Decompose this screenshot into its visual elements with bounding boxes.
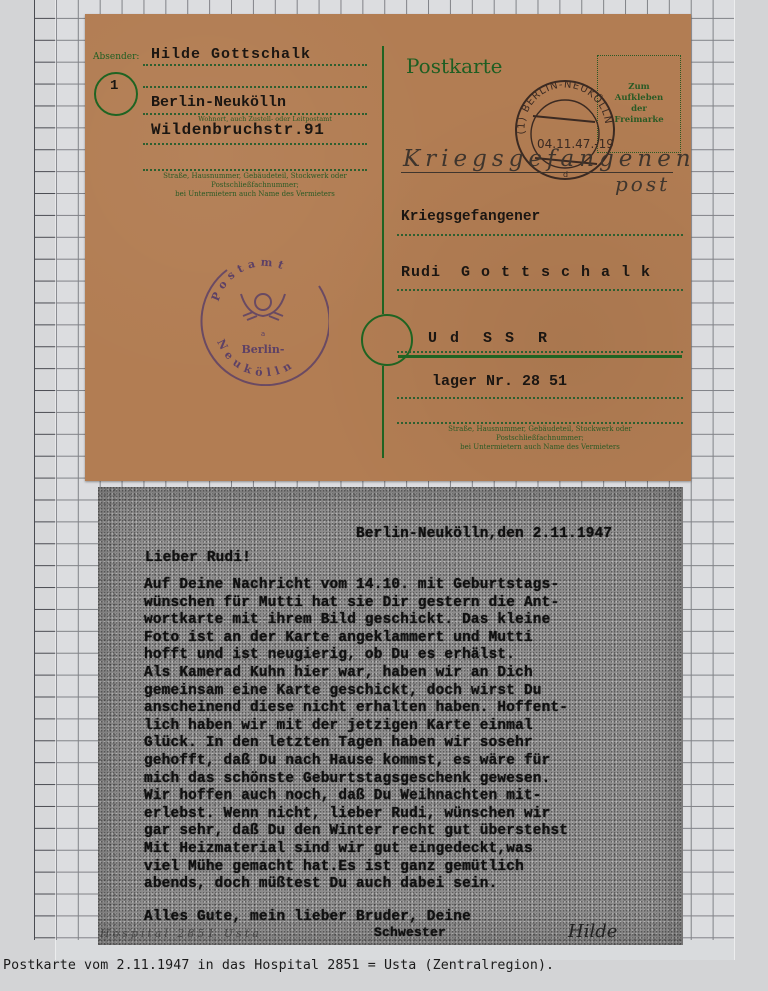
letter-line: Mit Heizmaterial sind wir gut eingedeckt… [144,841,568,859]
sender-city: Berlin-Neukölln [151,94,286,111]
letter-line: hofft und ist neugierig, ob Du es erhäls… [144,647,568,665]
letter-line: gemeinsam eine Karte geschickt, doch wir… [144,683,568,701]
recipient-line-3: U d S S R [428,330,549,347]
street-hint-line [143,169,367,171]
office-stamp-top-text: Postamt [209,256,290,304]
letter-photocopy: Berlin-Neukölln,den 2.11.1947 Lieber Rud… [98,487,683,945]
center-divider-circle [361,314,413,366]
letter-line: gar sehr, daß Du den Winter recht gut üb… [144,823,568,841]
city-line-top [143,86,367,88]
postcard: Absender: Hilde Gottschalk 1 Berlin-Neuk… [85,14,691,481]
recipient-line-3-rule [397,351,683,353]
posthorn-icon [241,294,285,320]
letter-line: Glück. In den letzten Tagen haben wir so… [144,735,568,753]
letter-line: Foto ist an der Karte angeklammert und M… [144,630,568,648]
country-underline [398,355,682,358]
letter-line: wünschen für Mutti hat sie Dir gestern d… [144,595,568,613]
street-line [143,143,367,145]
album-caption: Postkarte vom 2.11.1947 in das Hospital … [3,958,554,973]
recipient-line-1: Kriegsgefangener [401,209,540,225]
recipient-line-2: Rudi G o t t s c h a l k [401,264,651,281]
letter-line: mich das schönste Geburtstagsgeschenk ge… [144,771,568,789]
letter-line: Auf Deine Nachricht vom 14.10. mit Gebur… [144,577,568,595]
letter-line: Wir hoffen auch noch, daß Du Weihnachten… [144,788,568,806]
letter-line: gehofft, daß Du nach Hause kommst, es wä… [144,753,568,771]
recipient-address-hint: Straße, Hausnummer, Gebäudeteil, Stockwe… [397,425,683,452]
recipient-line-1-rule [397,234,683,236]
letter-closing: Alles Gute, mein lieber Bruder, Deine [144,909,471,925]
office-stamp-middle-text: Berlin- [241,343,284,356]
svg-text:(1) BERLIN-NEUKÖLLN: (1) BERLIN-NEUKÖLLN [516,79,613,134]
letter-line: lich haben wir mit der jetzigen Karte ei… [144,718,568,736]
svg-text:Postamt: Postamt [209,256,290,304]
postal-zone-number: 1 [110,78,118,94]
office-stamp: Postamt a Berlin- Neukölln [197,246,329,386]
postkarte-title: Postkarte [406,54,502,78]
recipient-line-2-rule [397,289,683,291]
letter-salutation: Lieber Rudi! [145,550,251,566]
letter-body: Auf Deine Nachricht vom 14.10. mit Gebur… [144,577,568,894]
letter-margin-note: Hospital 2851 Usta [100,927,262,940]
recipient-line-4-rule [397,397,683,399]
svg-text:a: a [261,330,265,338]
letter-line: abends, doch müßtest Du auch dabei sein. [144,876,568,894]
postmark-ring-text: (1) BERLIN-NEUKÖLLN [516,79,613,134]
letter-line: Als Kamerad Kuhn hier war, haben wir an … [144,665,568,683]
sender-name-line [143,64,367,66]
letter-signoff: Schwester [374,925,446,940]
recipient-hint-rule [397,422,683,424]
sender-street: Wildenbruchstr.91 [151,121,324,139]
letter-dateline: Berlin-Neukölln,den 2.11.1947 [356,526,612,542]
center-divider-top [382,46,384,314]
handwritten-note-line1: Kriegsgefangenen [403,146,696,172]
handwritten-note-line2: post [615,172,670,196]
letter-line: wortkarte mit ihrem Bild geschickt. Das … [144,612,568,630]
sender-label: Absender: [93,52,139,62]
letter-signature: Hilde [568,921,617,942]
center-divider-bottom [382,366,384,458]
letter-line: erlebst. Wenn nicht, lieber Rudi, wünsch… [144,806,568,824]
sender-name: Hilde Gottschalk [151,46,311,63]
recipient-line-4: lager Nr. 28 51 [432,373,567,390]
letter-line: anscheinend diese nicht erhalten haben. … [144,700,568,718]
sender-address-hint: Straße, Hausnummer, Gebäudeteil, Stockwe… [143,172,367,199]
letter-line: viel Mühe gemacht hat.Es ist ganz gemütl… [144,859,568,877]
